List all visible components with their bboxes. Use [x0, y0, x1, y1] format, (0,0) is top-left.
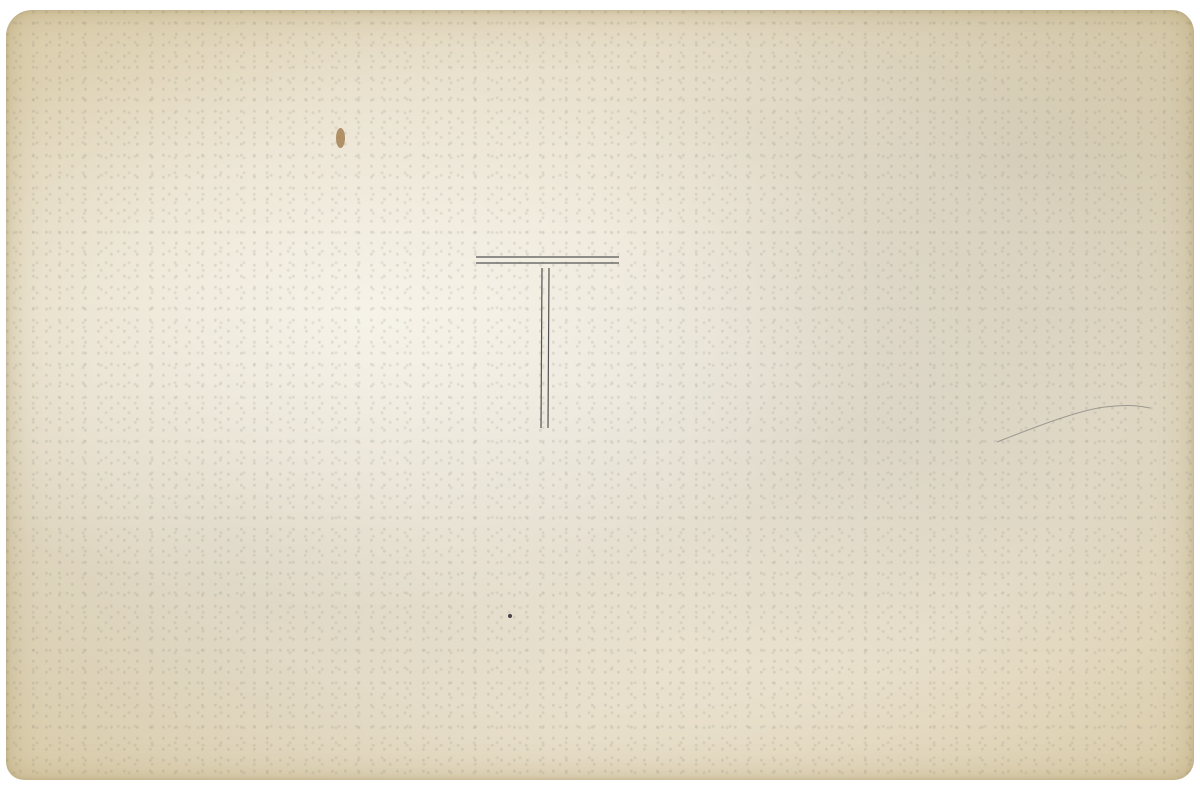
- scratch-mark: [997, 405, 1150, 442]
- t-mark-icon: [476, 257, 619, 428]
- pencil-marks: [0, 0, 1200, 789]
